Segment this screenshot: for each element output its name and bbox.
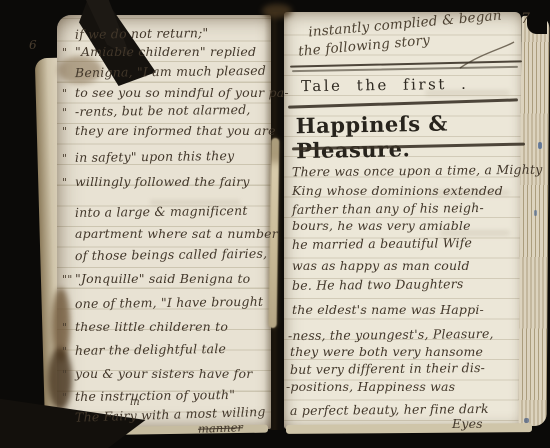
manuscript-line: bours, he was very amiable: [292, 218, 471, 233]
margin-quote: ": [62, 125, 75, 138]
line-text: "Jonquille" said Benigna to: [75, 271, 250, 286]
line-text: one of them, "I have brought: [75, 294, 263, 311]
manuscript-line: "you & your sisters have for: [62, 366, 252, 381]
line-text: into a large & magnificent: [75, 203, 248, 220]
margin-quote: ": [62, 46, 75, 59]
inserted-word: in: [130, 397, 140, 408]
margin-quote: ": [62, 345, 75, 358]
manuscript-line: ""Amiable childeren" replied: [62, 44, 256, 59]
gutter-stain: [262, 4, 292, 18]
manuscript-line: into a large & magnificent: [62, 203, 248, 220]
margin-quote: ": [62, 368, 75, 381]
manuscript-line: "-rents, but be not alarmed,: [62, 102, 251, 119]
manuscript-line: "willingly followed the fairy: [62, 174, 250, 189]
manuscript-line: he married a beautiful Wife: [292, 235, 472, 252]
manuscript-line: """Jonquille" said Benigna to: [62, 271, 250, 286]
line-text: apartment where sat a number: [75, 226, 278, 241]
manuscript-line: "hear the delightful tale: [62, 341, 226, 358]
line-text: -rents, but be not alarmed,: [75, 102, 251, 119]
manuscript-line: was as happy as man could: [292, 258, 470, 273]
margin-quote: ": [62, 176, 75, 189]
manuscript-line: There was once upon a time, a Mighty: [292, 162, 543, 180]
margin-quote: ": [62, 106, 75, 119]
margin-quote: ": [62, 87, 75, 100]
manuscript-line: but very different in their dis-: [290, 360, 485, 377]
manuscript-line: Benigna, "I am much pleased: [62, 63, 266, 80]
page-number-right: 7: [521, 11, 530, 27]
line-text: hear the delightful tale: [75, 341, 226, 358]
manuscript-line: one of them, "I have brought: [62, 294, 263, 311]
manuscript-line: apartment where sat a number: [62, 226, 278, 241]
line-text: willingly followed the fairy: [75, 174, 250, 189]
manuscript-line: they were both very hansome: [290, 344, 483, 359]
manuscript-line: "they are informed that you are: [62, 123, 276, 138]
manuscript-line: "these little childeren to: [62, 319, 228, 334]
book-fore-edge-right: [519, 16, 550, 426]
manuscript-photo: 6 7 if we do not return;" ""Amiable chil…: [0, 0, 550, 448]
manuscript-line: "the instruction of youth": [62, 387, 235, 404]
line-text: of those beings called fairies,: [75, 246, 267, 263]
tale-title: Happineſs & Pleasure.: [296, 109, 550, 163]
line-text: Benigna, "I am much pleased: [75, 63, 266, 80]
manuscript-line: -ness, the youngest's, Pleasure,: [288, 326, 494, 343]
manuscript-line: if we do not return;": [62, 25, 209, 42]
section-heading: Tale the first .: [301, 75, 469, 95]
line-text: they are informed that you are: [75, 123, 276, 138]
blue-mark: [524, 418, 529, 423]
bottom-page-edge-right: [286, 423, 532, 434]
line-text: if we do not return;": [75, 25, 209, 42]
manuscript-line: be. He had two Daughters: [292, 276, 464, 293]
manuscript-line: of those beings called fairies,: [62, 246, 267, 264]
margin-quote: ": [62, 391, 75, 404]
manuscript-line: -positions, Happiness was: [286, 379, 455, 394]
blue-mark: [534, 210, 537, 216]
line-text: to see you so mindful of your pa-: [75, 85, 289, 100]
line-text: you & your sisters have for: [75, 366, 252, 381]
manuscript-line: King whose dominions extended: [292, 183, 503, 198]
manuscript-line: "in safety" upon this they: [62, 148, 234, 165]
manuscript-line: Eyes: [452, 416, 483, 431]
page-number-left: 6: [29, 38, 37, 52]
manuscript-line: the eldest's name was Happi-: [292, 302, 484, 317]
manuscript-line: farther than any of his neigh-: [292, 200, 484, 217]
manuscript-line: "to see you so mindful of your pa-: [62, 85, 289, 100]
line-text: the instruction of youth": [75, 387, 235, 404]
catchword: manner: [198, 420, 243, 436]
line-text: in safety" upon this they: [75, 148, 234, 165]
page-corner-notch: [527, 14, 547, 34]
margin-quote: ": [62, 152, 75, 165]
line-text: these little childeren to: [75, 319, 228, 334]
margin-quote: "": [62, 273, 75, 286]
line-text: "Amiable childeren" replied: [75, 44, 256, 59]
margin-quote: ": [62, 321, 75, 334]
